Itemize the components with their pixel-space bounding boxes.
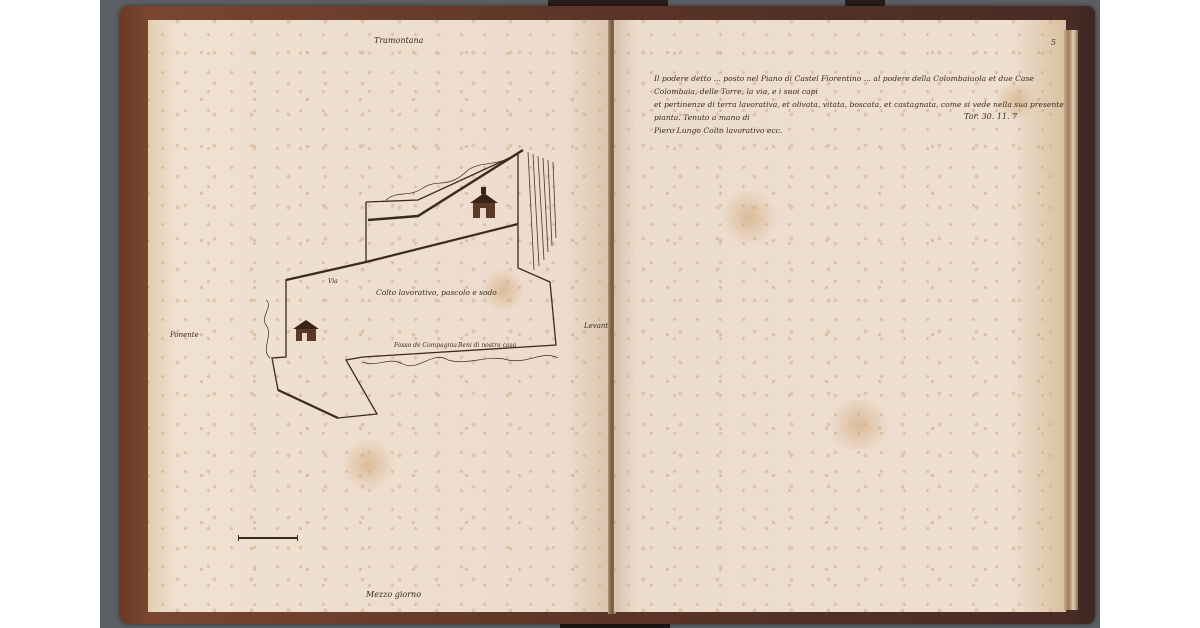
estate-map (148, 20, 612, 612)
upper-road (368, 150, 523, 220)
folio-number: 5 (1051, 38, 1056, 47)
map-boundary-label: Beni di nostra casa (458, 342, 516, 349)
map-boundary-label: Fosso de Compagnia (394, 342, 457, 349)
upper-parcel-outline (366, 154, 518, 262)
caption-text: Il podere detto ... posto nel Piano di C… (654, 72, 1064, 137)
farmhouse-upper-icon (470, 187, 498, 218)
map-central-label: Colto lavorativo, pascolo e sodo (376, 288, 497, 297)
stream (363, 355, 558, 365)
stain (824, 400, 894, 450)
main-field-outline (272, 224, 556, 418)
boundary-path (366, 224, 518, 262)
scale-bar (238, 537, 298, 539)
stain (719, 190, 779, 245)
left-page: Tramontana Mezzo giorno Ponente Levante (148, 20, 612, 612)
farmhouse-lower-icon (293, 320, 319, 341)
page-fore-edge (1064, 30, 1078, 610)
caption-line: Il podere detto ... posto nel Piano di C… (654, 72, 1064, 98)
signature: Tor. 30. 11. 7 (964, 112, 1017, 121)
right-page: 5 Il podere detto ... posto nel Piano di… (614, 20, 1066, 612)
caption-line: Piero Lungo Colto lavorativo ecc. (654, 124, 1064, 137)
map-boundary-label: Via (328, 278, 338, 285)
